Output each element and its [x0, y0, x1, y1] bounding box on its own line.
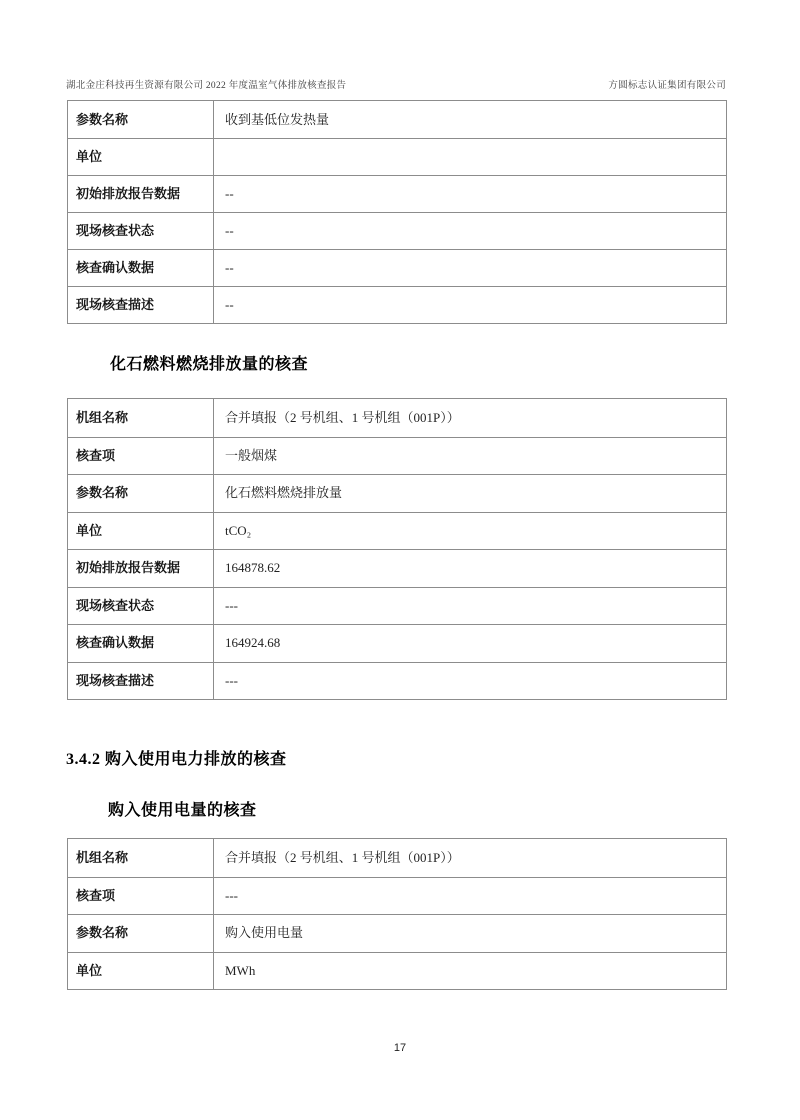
row-label: 参数名称 [68, 101, 214, 138]
row-label: 核查确认数据 [68, 250, 214, 286]
row-value: -- [214, 287, 726, 323]
table-row: 机组名称合并填报（2 号机组、1 号机组（001P）） [68, 399, 726, 437]
row-value: 化石燃料燃烧排放量 [214, 475, 726, 512]
table-row: 单位tCO₂ [68, 512, 726, 550]
row-label: 机组名称 [68, 839, 214, 877]
heading-section-3-4-2: 3.4.2 购入使用电力排放的核查 [66, 746, 287, 769]
table-row: 单位 [68, 138, 726, 175]
row-label: 初始排放报告数据 [68, 176, 214, 212]
row-label: 参数名称 [68, 475, 214, 512]
row-value: 一般烟煤 [214, 438, 726, 475]
table-received-base-lower-heating-value: 参数名称收到基低位发热量单位初始排放报告数据--现场核查状态--核查确认数据--… [67, 100, 727, 324]
row-label: 机组名称 [68, 399, 214, 437]
row-label: 核查项 [68, 438, 214, 475]
row-label: 单位 [68, 513, 214, 550]
row-label: 现场核查描述 [68, 663, 214, 700]
row-value: --- [214, 663, 726, 700]
row-value: 164878.62 [214, 550, 726, 587]
row-value: tCO₂ [214, 513, 726, 550]
row-label: 核查确认数据 [68, 625, 214, 662]
row-value: MWh [214, 953, 726, 990]
row-value: --- [214, 878, 726, 915]
table-row: 现场核查描述-- [68, 286, 726, 323]
row-value: 合并填报（2 号机组、1 号机组（001P）） [214, 839, 726, 877]
row-value: --- [214, 588, 726, 625]
table-row: 核查项--- [68, 877, 726, 915]
row-value: -- [214, 213, 726, 249]
header-certifier-name: 方圆标志认证集团有限公司 [608, 77, 726, 91]
table-row: 初始排放报告数据-- [68, 175, 726, 212]
row-label: 现场核查描述 [68, 287, 214, 323]
row-label: 核查项 [68, 878, 214, 915]
table-row: 现场核查状态--- [68, 587, 726, 625]
heading-fossil-fuel-section: 化石燃料燃烧排放量的核查 [110, 351, 308, 374]
document-page: 湖北金庄科技再生资源有限公司 2022 年度温室气体排放核查报告 方圆标志认证集… [0, 0, 800, 1120]
table-row: 参数名称收到基低位发热量 [68, 101, 726, 138]
running-header: 湖北金庄科技再生资源有限公司 2022 年度温室气体排放核查报告 方圆标志认证集… [66, 77, 726, 91]
table-row: 核查确认数据164924.68 [68, 624, 726, 662]
row-label: 单位 [68, 139, 214, 175]
row-label: 现场核查状态 [68, 588, 214, 625]
row-value: 收到基低位发热量 [214, 101, 726, 138]
row-label: 参数名称 [68, 915, 214, 952]
row-value [214, 139, 726, 175]
row-value: -- [214, 176, 726, 212]
table-purchased-electricity: 机组名称合并填报（2 号机组、1 号机组（001P））核查项---参数名称购入使… [67, 838, 727, 990]
row-value: 合并填报（2 号机组、1 号机组（001P）） [214, 399, 726, 437]
table-row: 机组名称合并填报（2 号机组、1 号机组（001P）） [68, 839, 726, 877]
row-label: 单位 [68, 953, 214, 990]
table-row: 核查确认数据-- [68, 249, 726, 286]
page-number: 17 [0, 1042, 800, 1054]
row-label: 初始排放报告数据 [68, 550, 214, 587]
table-row: 现场核查状态-- [68, 212, 726, 249]
heading-electricity-section: 购入使用电量的核查 [108, 797, 257, 820]
table-fossil-fuel-combustion-emissions: 机组名称合并填报（2 号机组、1 号机组（001P））核查项一般烟煤参数名称化石… [67, 398, 727, 700]
row-value: 购入使用电量 [214, 915, 726, 952]
table-row: 参数名称购入使用电量 [68, 914, 726, 952]
row-value: -- [214, 250, 726, 286]
table-row: 单位MWh [68, 952, 726, 990]
header-report-title: 湖北金庄科技再生资源有限公司 2022 年度温室气体排放核查报告 [66, 77, 346, 91]
row-value: 164924.68 [214, 625, 726, 662]
table-row: 核查项一般烟煤 [68, 437, 726, 475]
table-row: 现场核查描述--- [68, 662, 726, 700]
row-label: 现场核查状态 [68, 213, 214, 249]
table-row: 参数名称化石燃料燃烧排放量 [68, 474, 726, 512]
table-row: 初始排放报告数据164878.62 [68, 549, 726, 587]
